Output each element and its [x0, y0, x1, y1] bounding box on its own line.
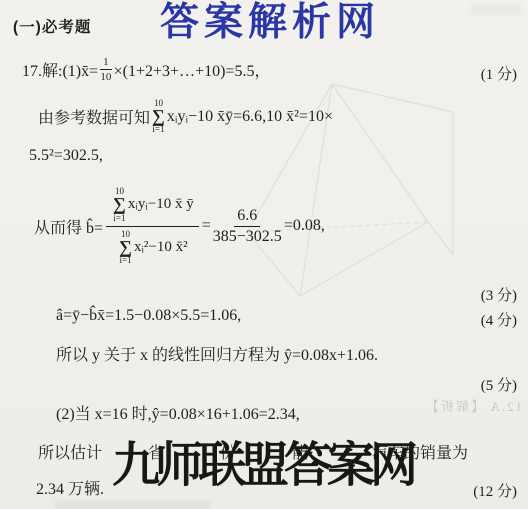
bleedthrough-mirrored-text: 12.A 【解析】	[424, 396, 522, 415]
sum-lower-limit: i=1	[120, 256, 132, 265]
solution-line-2: 由参考数据可知 10 ∑ i=1 xᵢyᵢ−10 x̄ȳ=6.6,10 x̄²=…	[38, 99, 333, 134]
summation-symbol: 10 ∑ i=1	[152, 99, 165, 134]
corner-smudge	[470, 3, 522, 15]
section-header: (一)必考题	[13, 15, 91, 37]
score-1: (1 分)	[481, 63, 517, 84]
denominator-expression: xᵢ²−10 x̄²	[134, 239, 188, 256]
solution-line-1: 17.解:(1)x̄= 1 10 ×(1+2+3+…+10)=5.5，	[22, 56, 270, 83]
equals-sign: =	[202, 217, 211, 235]
big-fraction-denominator: 10 ∑ i=1 xᵢ²−10 x̄²	[117, 227, 188, 265]
summation-symbol: 10 ∑ i=1	[119, 230, 132, 265]
fraction-one-tenth: 1 10	[100, 56, 112, 83]
line3-prefix: 从而得 b̂=	[34, 215, 103, 238]
line2-prefix: 由参考数据可知	[38, 105, 150, 128]
score-3: (3 分)	[481, 284, 517, 305]
line3-result: =0.08,	[284, 217, 325, 235]
sigma-icon: ∑	[119, 239, 132, 256]
solution-line-6: (2)当 x=16 时,ŷ=0.08×16+1.06=2.34,	[56, 401, 300, 424]
sum-lower-limit: i=1	[152, 125, 164, 134]
watermark-bottom: 九师联盟答案网	[112, 440, 413, 493]
line7-prefix: 所以估计	[38, 440, 102, 463]
fraction-numerator: 1	[100, 56, 112, 70]
fraction-denominator: 10	[100, 70, 111, 83]
watermark-top: 答案解析网	[160, 0, 380, 47]
solution-line-8: 2.34 万辆.	[36, 476, 104, 499]
line1-prefix: 17.解:(1)x̄=	[22, 58, 98, 81]
solution-line-2-wrap: 5.5²=302.5,	[29, 147, 103, 165]
solution-line-5: 所以 y 关于 x 的线性回归方程为 ŷ=0.08x+1.06.	[56, 342, 378, 365]
numeric-fraction-numerator: 6.6	[234, 207, 260, 227]
summation-symbol: 10 ∑ i=1	[113, 187, 126, 222]
sum-lower-limit: i=1	[113, 214, 125, 223]
score-4: (4 分)	[481, 309, 517, 330]
score-12: (12 分)	[473, 480, 517, 501]
numeric-fraction-denominator: 385−302.5	[213, 227, 282, 246]
bottom-cutoff-smudge	[55, 501, 210, 509]
solution-line-3: 从而得 b̂= 10 ∑ i=1 xᵢyᵢ−10 x̄ ȳ 10 ∑ i=1 x…	[34, 178, 325, 274]
solution-line-4: â=ȳ−b̂x̄=1.5−0.08×5.5=1.06,	[56, 307, 241, 325]
scanned-answer-page: 12.A 【解析】 (一)必考题 答案解析网 17.解:(1)x̄= 1 10 …	[0, 0, 528, 509]
big-fraction-numerator: 10 ∑ i=1 xᵢyᵢ−10 x̄ ȳ	[106, 187, 199, 226]
numerator-expression: xᵢyᵢ−10 x̄ ȳ	[128, 196, 194, 213]
score-5: (5 分)	[481, 374, 517, 395]
numeric-fraction: 6.6 385−302.5	[213, 207, 282, 245]
sigma-icon: ∑	[152, 108, 165, 125]
sigma-icon: ∑	[113, 196, 126, 213]
line1-suffix: ×(1+2+3+…+10)=5.5，	[114, 58, 271, 81]
line2-expression: xᵢyᵢ−10 x̄ȳ=6.6,10 x̄²=10×	[167, 108, 333, 126]
big-fraction: 10 ∑ i=1 xᵢyᵢ−10 x̄ ȳ 10 ∑ i=1 xᵢ²−10 x̄…	[106, 187, 199, 264]
